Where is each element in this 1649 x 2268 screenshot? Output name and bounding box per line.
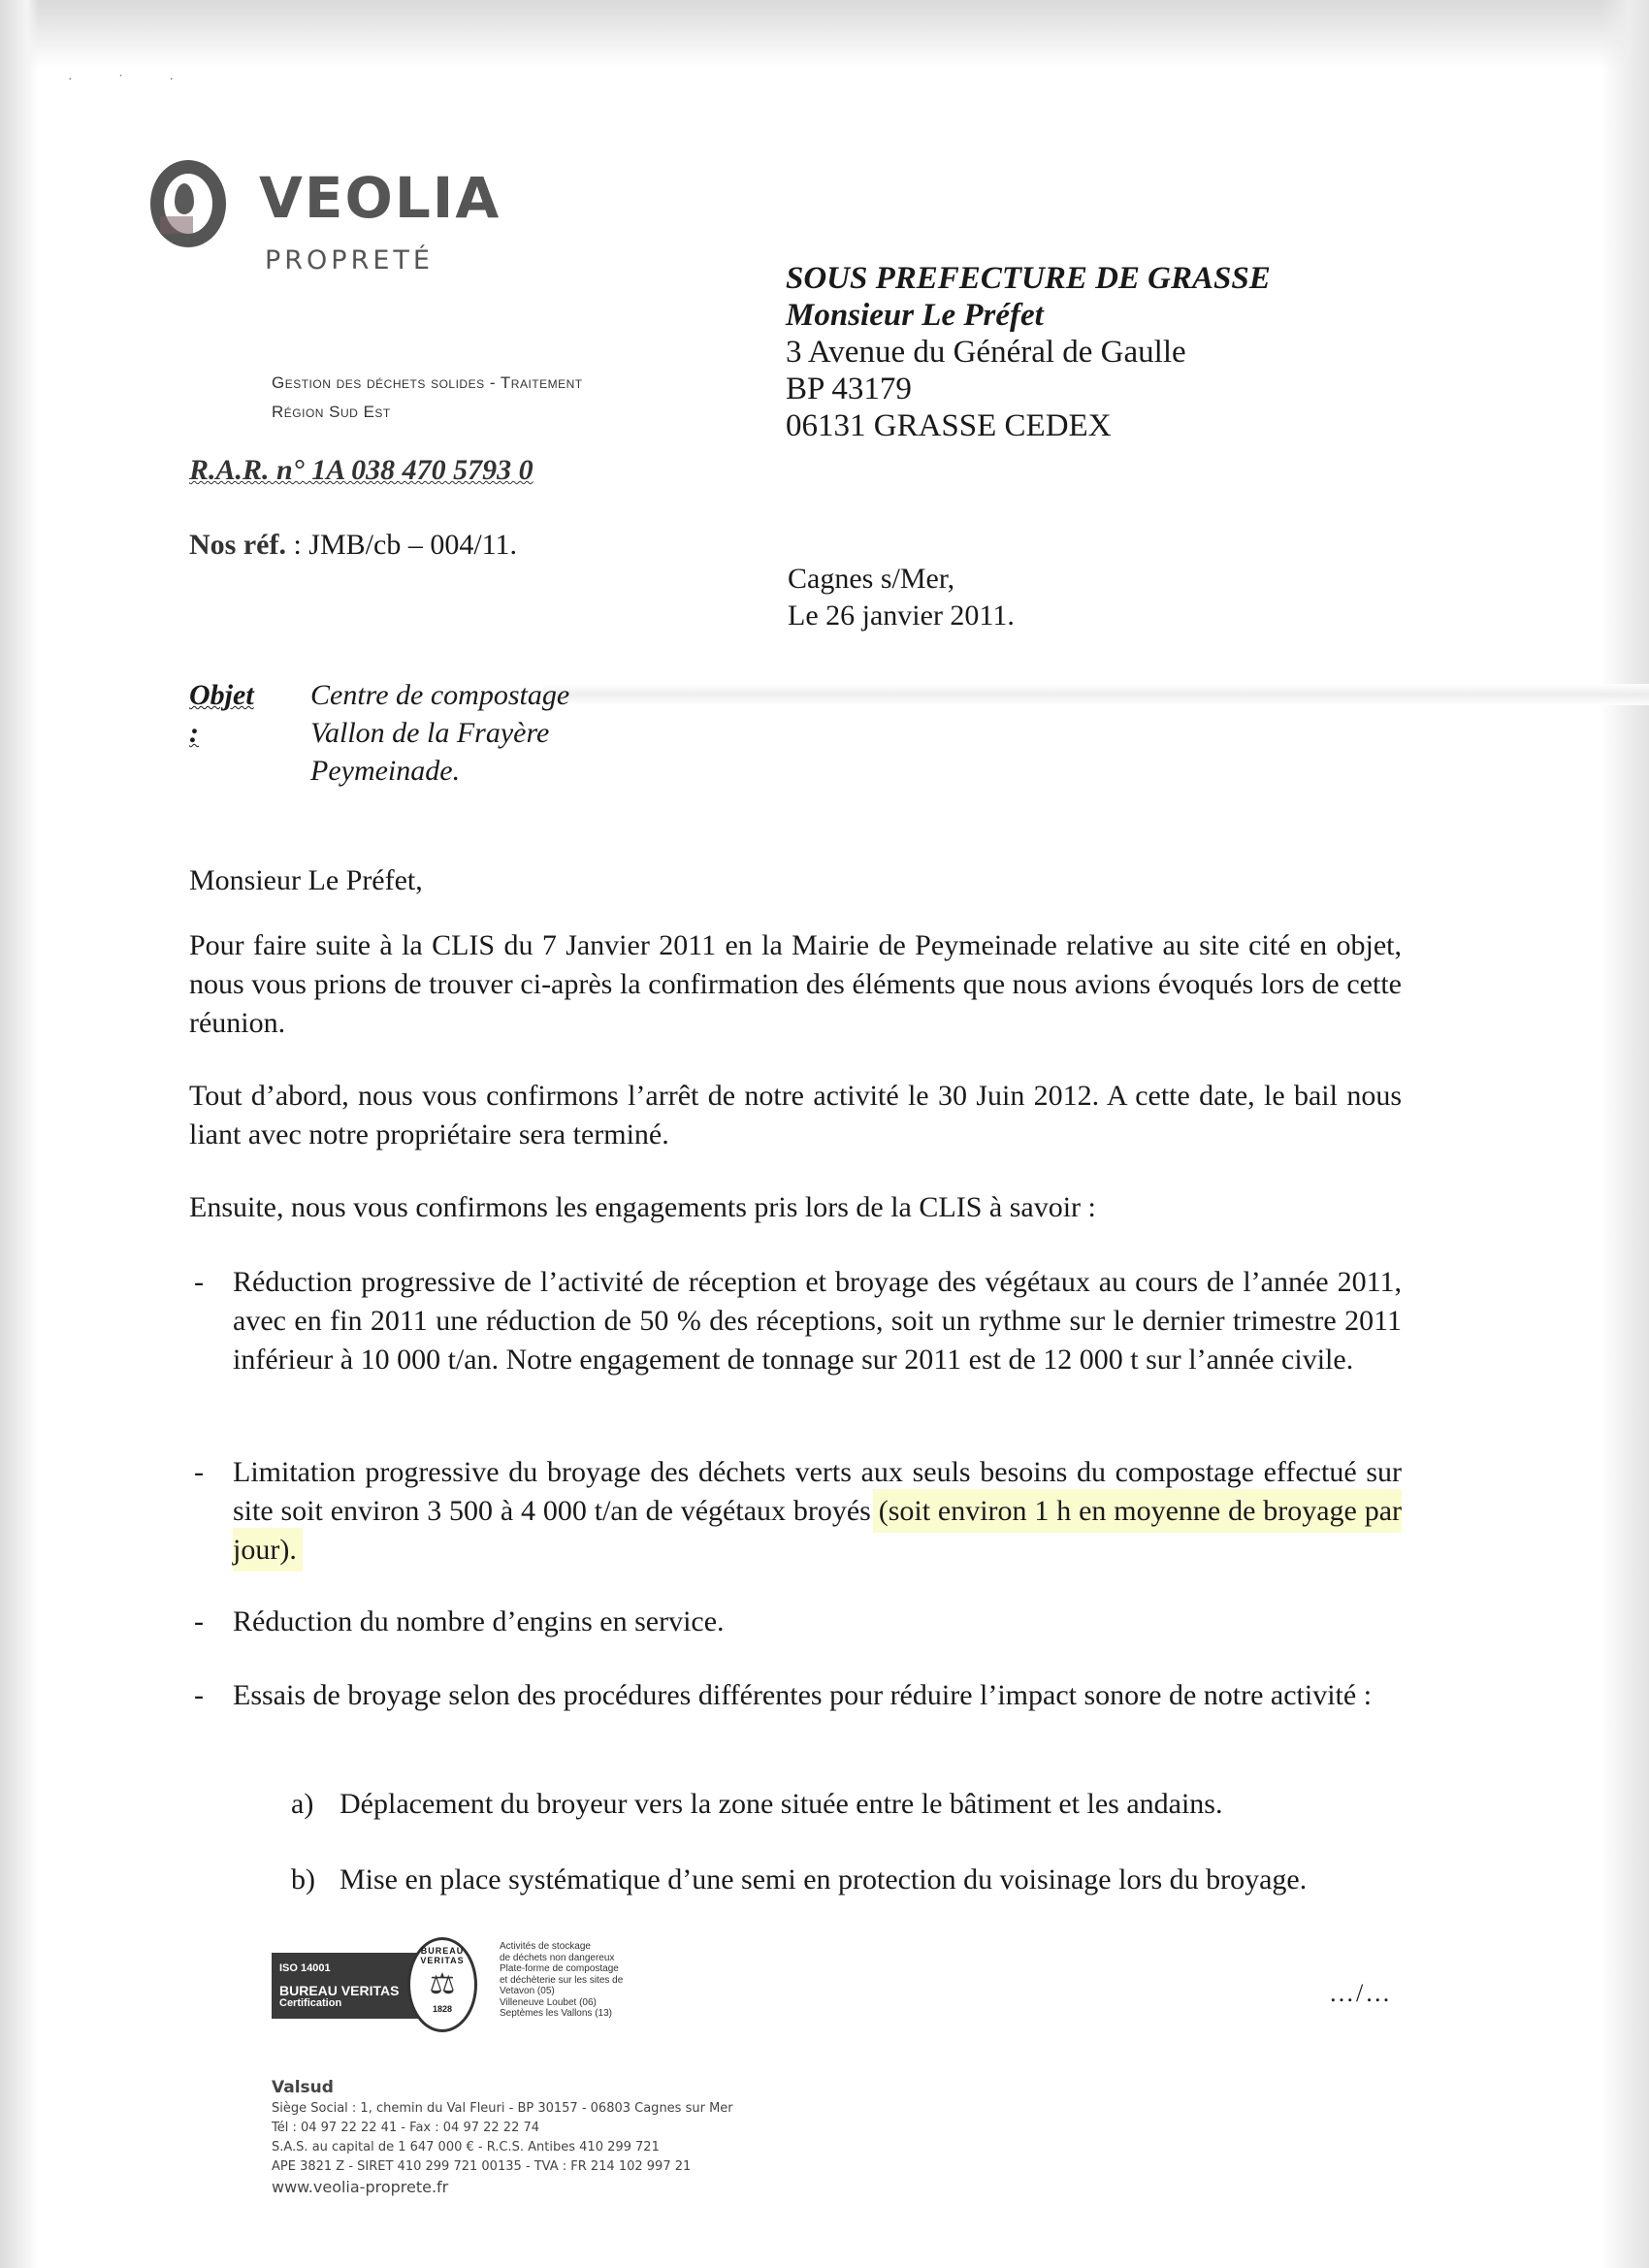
sub-item: a)Déplacement du broyeur vers la zone si… bbox=[291, 1785, 1222, 1824]
footer-phone: Tél : 04 97 22 22 41 - Fax : 04 97 22 22… bbox=[272, 2119, 733, 2138]
footer-legal: S.A.S. au capital de 1 647 000 € - R.C.S… bbox=[272, 2138, 733, 2157]
veolia-accent bbox=[160, 216, 193, 234]
sub-item-text: Mise en place systématique d’une semi en… bbox=[339, 1863, 1307, 1895]
continuation-mark: …/… bbox=[1329, 1979, 1392, 2008]
division-line-1: Gestion des déchets solides - Traitement bbox=[272, 369, 583, 398]
footer-address: Siège Social : 1, chemin du Val Fleuri -… bbox=[272, 2099, 733, 2119]
subject-line: Vallon de la Frayère bbox=[310, 714, 569, 752]
registered-mail-number: R.A.R. n° 1A 038 470 5793 0 bbox=[189, 454, 533, 487]
sub-item-letter: a) bbox=[291, 1785, 339, 1824]
letter-date: Le 26 janvier 2011. bbox=[788, 598, 1015, 634]
commitment-item: - Essais de broyage selon des procédures… bbox=[233, 1676, 1402, 1715]
sub-item: b)Mise en place systématique d’une semi … bbox=[291, 1861, 1307, 1899]
recipient-address: SOUS PREFECTURE DE GRASSE Monsieur Le Pr… bbox=[786, 260, 1271, 444]
subject-line: Centre de compostage bbox=[310, 676, 569, 714]
scope-line: Plate-forme de compostage bbox=[500, 1963, 623, 1975]
scope-line: de déchets non dangereux bbox=[500, 1953, 623, 1964]
salutation: Monsieur Le Préfet, bbox=[189, 861, 1402, 900]
commitment-item: - Réduction du nombre d’engins en servic… bbox=[233, 1603, 1402, 1641]
paragraph-intro: Pour faire suite à la CLIS du 7 Janvier … bbox=[189, 926, 1402, 1043]
scope-line: Vetavon (05) bbox=[500, 1986, 623, 1997]
recipient-org: SOUS PREFECTURE DE GRASSE bbox=[786, 260, 1271, 297]
recipient-bp: BP 43179 bbox=[786, 371, 1271, 407]
our-reference-value: : JMB/cb – 004/11. bbox=[286, 529, 517, 561]
scope-line: et déchèterie sur les sites de bbox=[500, 1975, 623, 1987]
company-name: Valsud bbox=[272, 2076, 733, 2099]
subject-line: Peymeinade. bbox=[310, 752, 569, 790]
division-line-2: Région Sud Est bbox=[272, 398, 583, 427]
logo-wordmark: VEOLIA bbox=[259, 170, 501, 226]
certification-scope: Activités de stockage de déchets non dan… bbox=[500, 1941, 623, 2020]
commitment-text: Essais de broyage selon des procédures d… bbox=[233, 1679, 1372, 1711]
recipient-city: 06131 GRASSE CEDEX bbox=[786, 407, 1271, 444]
scan-shadow-right bbox=[1600, 0, 1649, 2268]
scope-line: Septèmes les Vallons (13) bbox=[500, 2008, 623, 2020]
seal-figure-icon: ⚖ bbox=[410, 1965, 474, 2004]
footer-registration: APE 3821 Z - SIRET 410 299 721 00135 - T… bbox=[272, 2157, 733, 2177]
commitment-item: - Réduction progressive de l’activité de… bbox=[233, 1263, 1402, 1379]
scan-shadow-left bbox=[0, 0, 39, 2268]
bureau-veritas-seal-icon: BUREAU VERITAS ⚖ 1828 bbox=[407, 1937, 477, 2032]
commitment-item: - Limitation progressive du broyage des … bbox=[233, 1453, 1402, 1570]
sub-item-letter: b) bbox=[291, 1861, 339, 1899]
veolia-logo: VEOLIA PROPRETÉ bbox=[150, 160, 558, 286]
our-reference: Nos réf. : JMB/cb – 004/11. bbox=[189, 529, 517, 562]
bullet-dash: - bbox=[194, 1263, 204, 1302]
scope-line: Activités de stockage bbox=[500, 1941, 623, 1953]
our-reference-label: Nos réf. bbox=[189, 529, 286, 561]
certification-block: ISO 14001 BUREAU VERITAS Certification B… bbox=[272, 1935, 679, 2032]
letter-place: Cagnes s/Mer, bbox=[788, 561, 1015, 598]
division-info: Gestion des déchets solides - Traitement… bbox=[272, 369, 583, 427]
scope-line: Villeneuve Loubet (06) bbox=[500, 1997, 623, 2009]
commitment-text: Réduction du nombre d’engins en service. bbox=[233, 1605, 725, 1637]
scan-specks: · ˙ · bbox=[68, 73, 195, 88]
paragraph-closure-date: Tout d’abord, nous vous confirmons l’arr… bbox=[189, 1077, 1402, 1154]
bullet-dash: - bbox=[194, 1676, 204, 1715]
place-and-date: Cagnes s/Mer, Le 26 janvier 2011. bbox=[788, 561, 1015, 634]
logo-subtitle: PROPRETÉ bbox=[265, 247, 434, 274]
recipient-name: Monsieur Le Préfet bbox=[786, 297, 1271, 334]
commitment-text: Réduction progressive de l’activité de r… bbox=[233, 1266, 1402, 1376]
subject-label: Objet : bbox=[189, 676, 254, 752]
footer-website-link[interactable]: www.veolia-proprete.fr bbox=[272, 2177, 733, 2198]
seal-year: 1828 bbox=[410, 2004, 474, 2014]
bullet-dash: - bbox=[194, 1603, 204, 1641]
scan-shadow-top bbox=[0, 0, 1649, 68]
bullet-dash: - bbox=[194, 1453, 204, 1492]
paragraph-commitments-intro: Ensuite, nous vous confirmons les engage… bbox=[189, 1188, 1402, 1227]
paper-fold bbox=[543, 684, 1649, 705]
subject-lines: Centre de compostage Vallon de la Frayèr… bbox=[310, 676, 569, 790]
recipient-street: 3 Avenue du Général de Gaulle bbox=[786, 334, 1271, 371]
seal-text: BUREAU VERITAS bbox=[410, 1946, 474, 1965]
veolia-drop-icon bbox=[175, 183, 194, 214]
company-footer: Valsud Siège Social : 1, chemin du Val F… bbox=[272, 2076, 733, 2198]
sub-item-text: Déplacement du broyeur vers la zone situ… bbox=[339, 1788, 1222, 1820]
